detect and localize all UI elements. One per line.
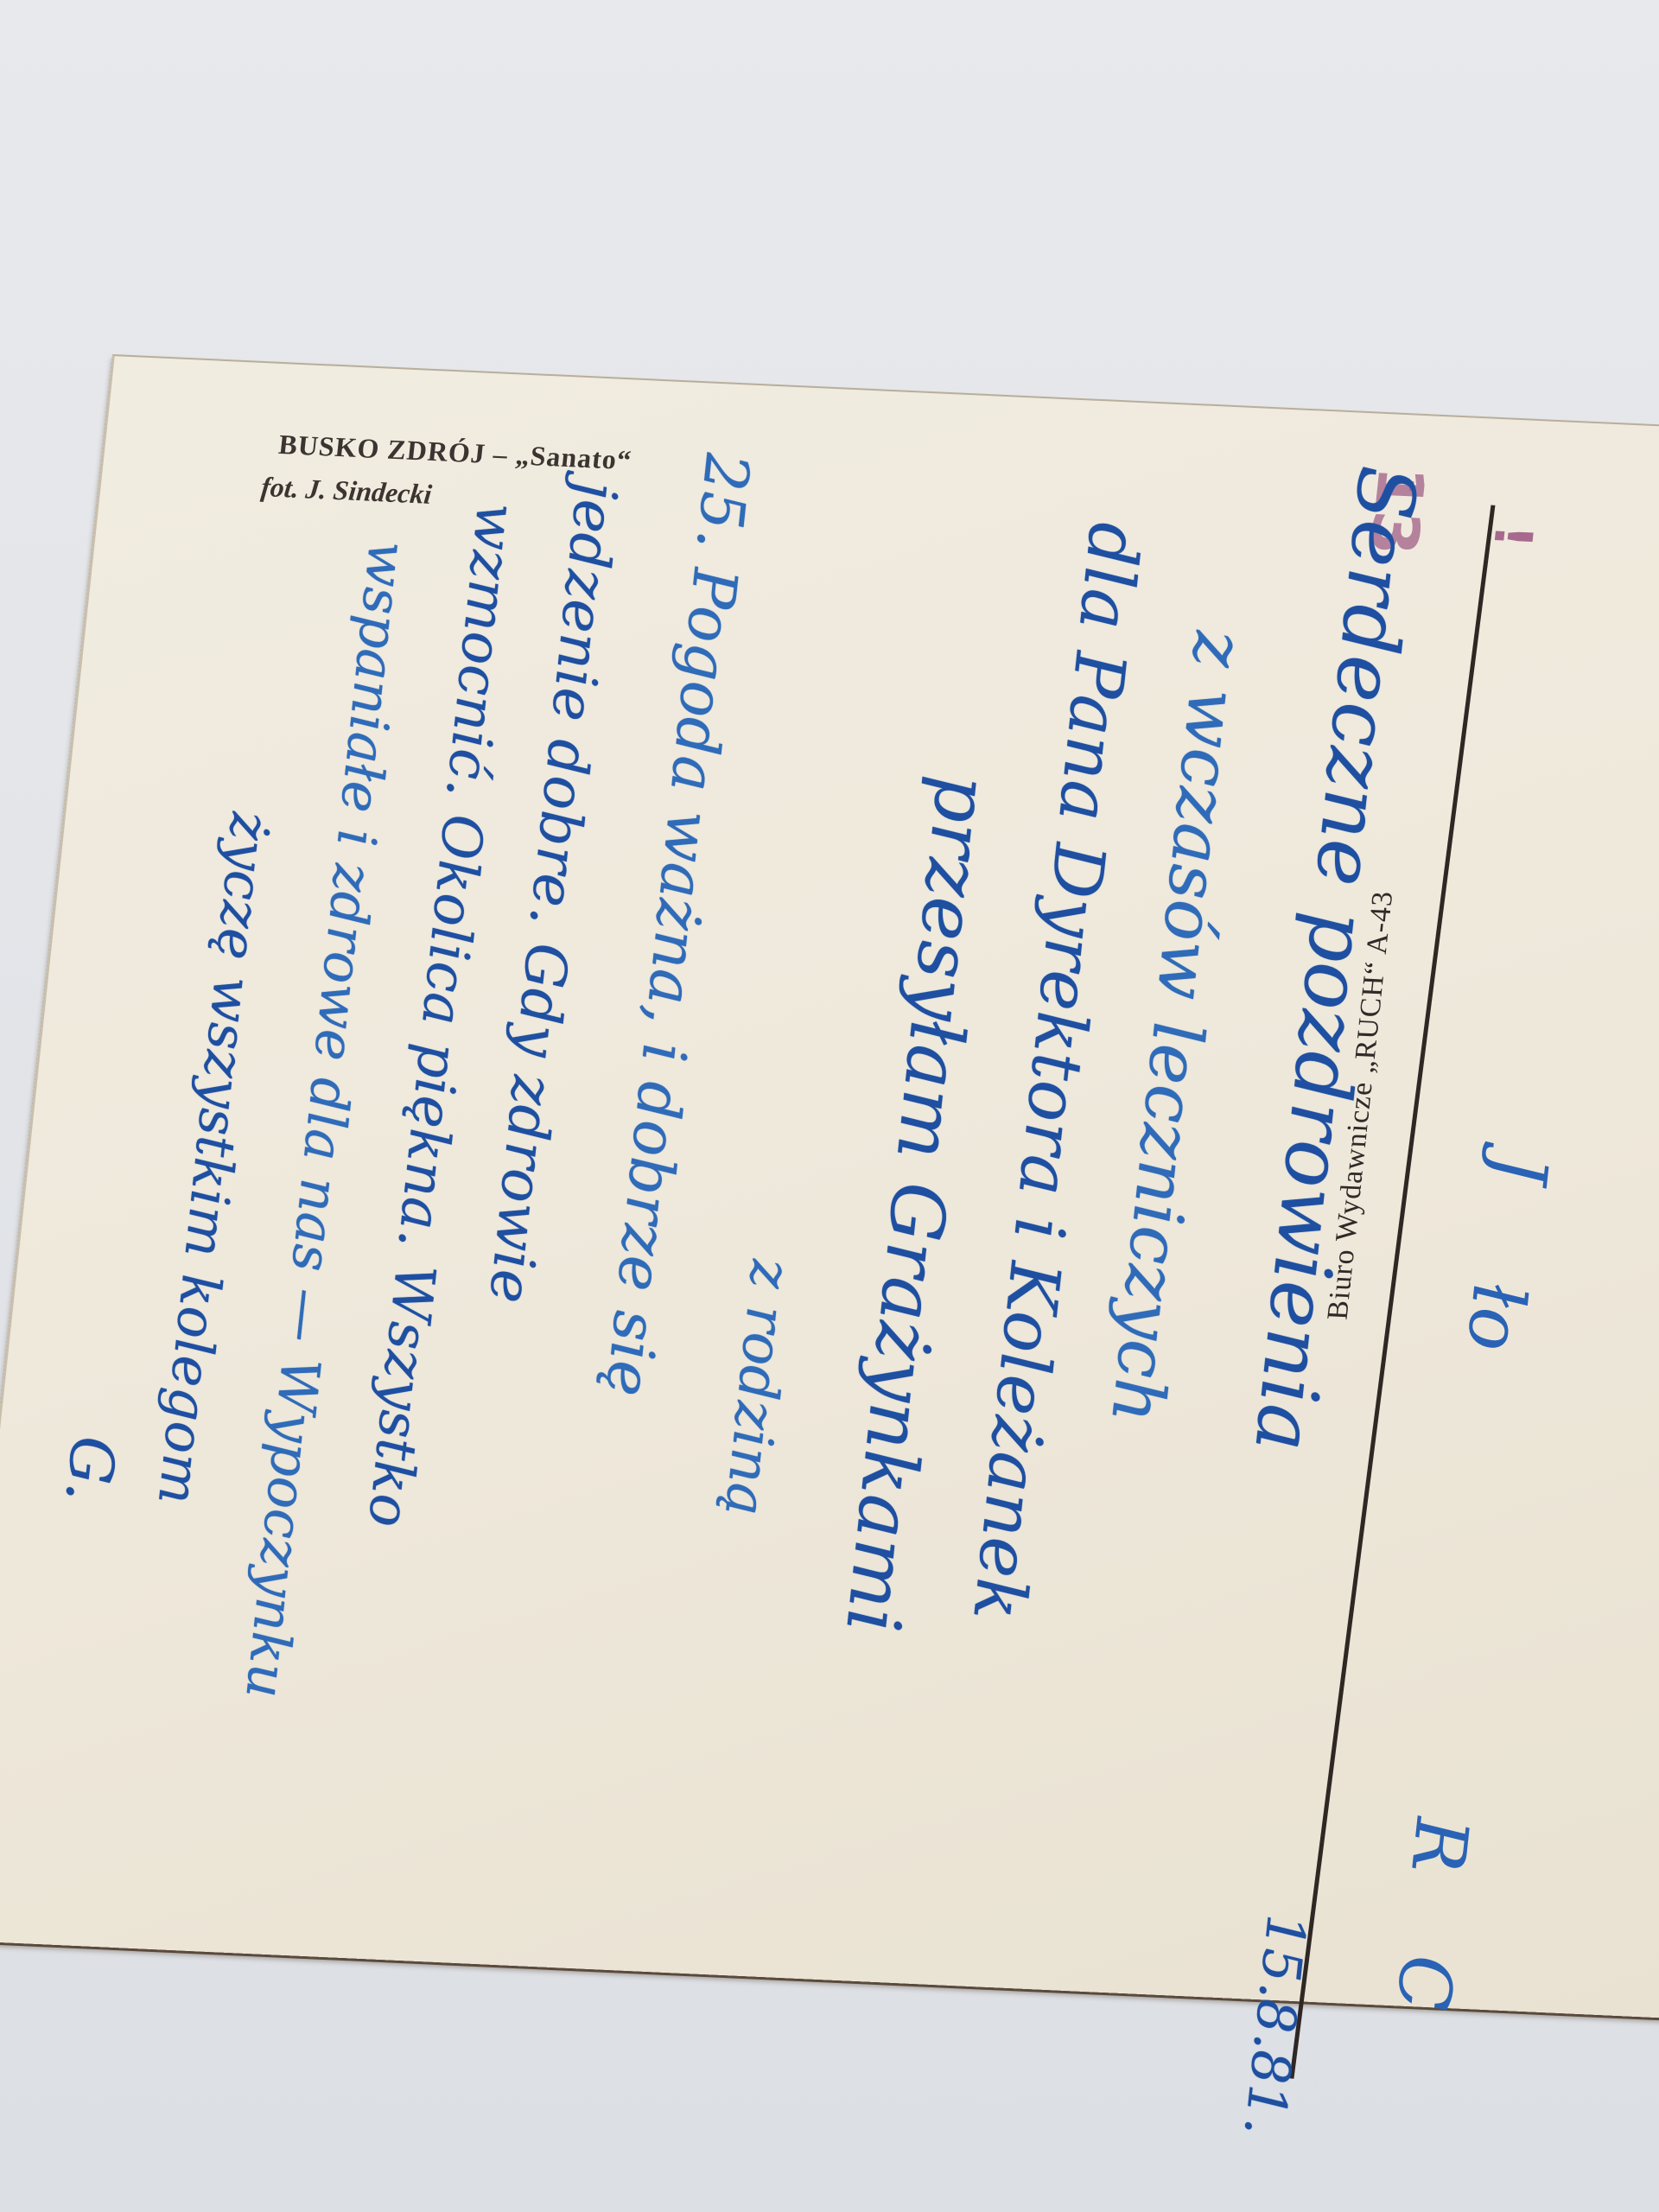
greeting-line: Serdeczne pozdrowienia [1236,464,1434,1453]
address-fragment: J [1477,1154,1564,1186]
address-fragment: C [1380,1954,1471,2012]
photo-credit: fot. J. Sindecki [259,471,433,511]
signature: G. [52,1434,130,1503]
message-line: życzę wszystkim kolegom [146,810,283,1505]
greeting-line: dla Pana Dyrektora i Koleżanek [957,521,1155,1622]
stamp-exclamation-mark: ! [1481,524,1544,550]
address-fragment: ło [1450,1282,1541,1353]
handwritten-date: 15.8.81. [1232,1913,1319,2137]
greeting-line: z rodziną [712,1258,804,1517]
postcard: BUSKO ZDRÓJ – „Sanato“ fot. J. Sindecki … [0,354,1659,2020]
caption-title: BUSKO ZDRÓJ – „Sanato“ [277,429,633,476]
address-fragment: R [1395,1815,1485,1873]
